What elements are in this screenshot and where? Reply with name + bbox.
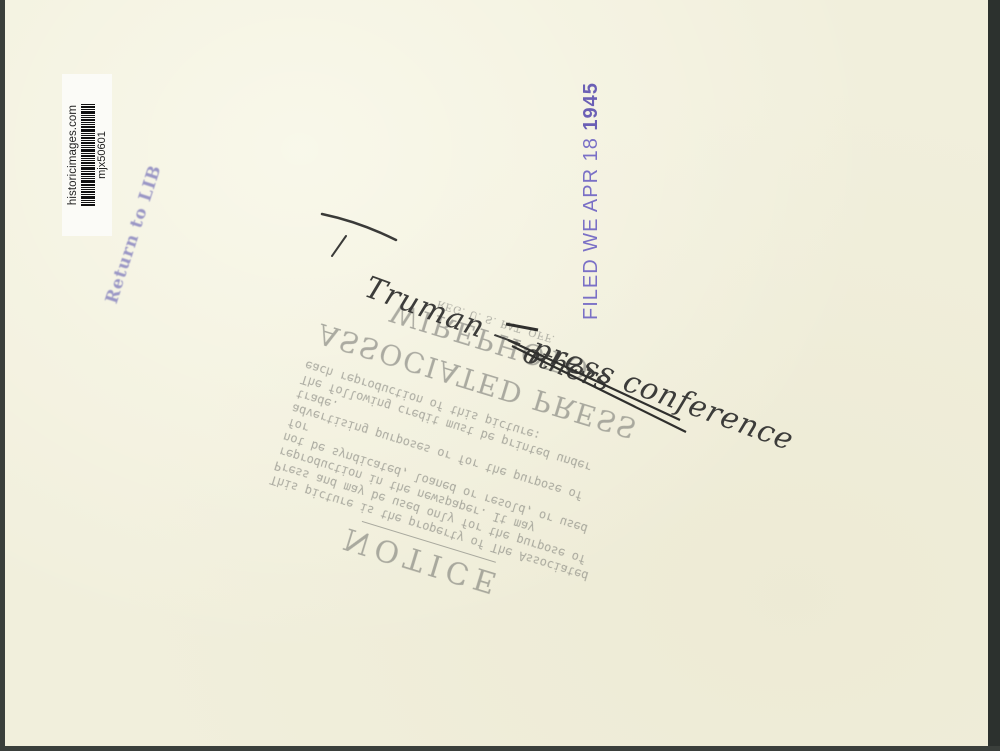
pencil-strokes [0,0,1000,751]
